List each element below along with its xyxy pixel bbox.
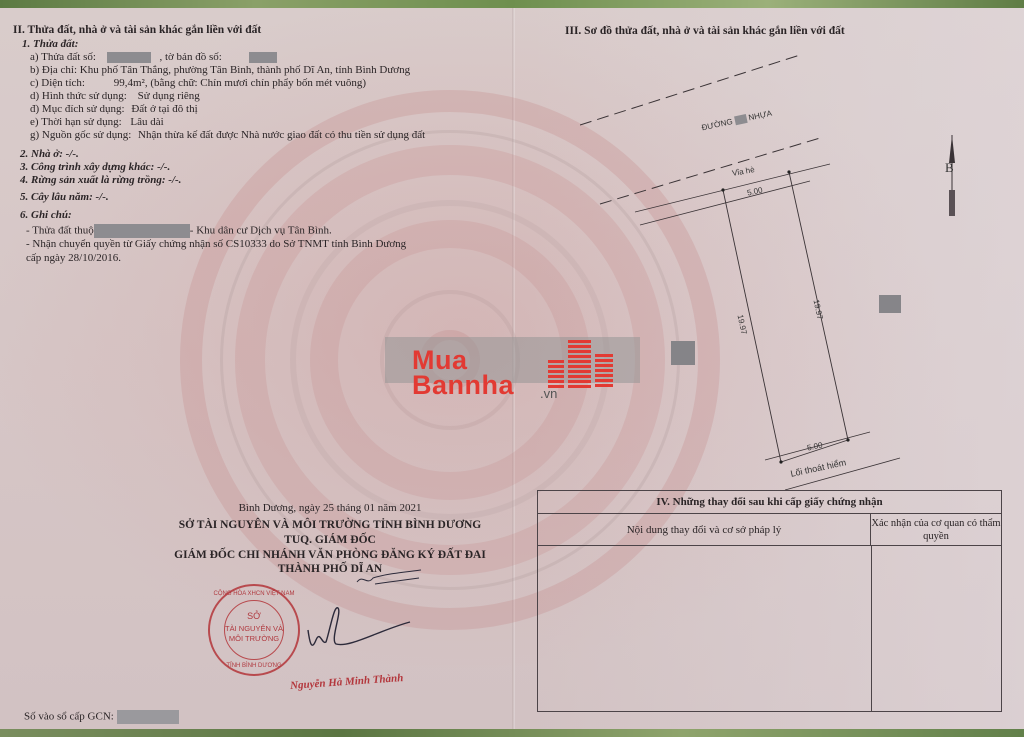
stamp-bottom-text: TỈNH BÌNH DƯƠNG [210,662,298,671]
section-2-title: II. Thửa đất, nhà ở và tài sản khác gắn … [13,24,261,36]
parcel-number-label: a) Thửa đất số: [30,51,96,63]
signing-role-3: THÀNH PHỐ DĨ AN [130,563,530,575]
perennial-item: 5. Cây lâu năm: -/-. [20,191,109,204]
section-3-title: III. Sơ đồ thửa đất, nhà ở và tài sản kh… [565,25,845,37]
usage-term-label: e) Thời hạn sử dụng: [30,116,122,128]
watermark-logo-line2: Bannha [412,372,514,398]
land-area-row: c) Diện tích: 99,4m², (bằng chữ: Chín mư… [30,77,366,90]
north-label: B [945,160,954,176]
changes-table-col-confirmation: Xác nhận của cơ quan có thẩm quyền [871,514,1001,546]
changes-table-title: IV. Những thay đổi sau khi cấp giấy chứn… [538,491,1001,514]
signing-org: SỞ TÀI NGUYÊN VÀ MÔI TRƯỜNG TỈNH BÌNH DƯ… [130,519,530,531]
registry-label: Số vào sổ cấp GCN: [24,711,114,723]
usage-form-value: Sử dụng riêng [138,90,200,102]
stamp-line-3: MÔI TRƯỜNG [210,634,298,643]
stamp-top-text: CỘNG HÒA XHCN VIỆT NAM [210,590,298,599]
redaction-square-right [879,295,901,313]
land-area-label: c) Diện tích: [30,77,85,89]
usage-form-label: d) Hình thức sử dụng: [30,90,127,102]
map-sheet-redacted [249,52,277,63]
handwritten-signature [290,600,430,660]
land-parcel-number-row: a) Thửa đất số: , tờ bản đồ số: [30,51,277,64]
note-line-1: - Thửa đất thuộ- Khu dân cư Dịch vụ Tân … [26,224,332,238]
note-line-2: - Nhận chuyển quyền từ Giấy chứng nhận s… [26,238,406,251]
note-line-1-prefix: - Thửa đất thuộ [26,225,94,237]
land-heading: 1. Thửa đất: [22,38,78,51]
changes-table: IV. Những thay đổi sau khi cấp giấy chứn… [537,490,1002,712]
land-area-value: 99,4m², (bằng chữ: Chín mươi chín phẩy b… [114,77,366,89]
land-address: b) Địa chỉ: Khu phố Tân Thắng, phường Tâ… [30,64,410,77]
notes-heading: 6. Ghi chú: [20,209,72,222]
redaction-square [671,341,695,365]
changes-table-col-content: Nội dung thay đổi và cơ sở pháp lý [538,514,871,546]
usage-purpose-label: đ) Mục đích sử dụng: [30,103,125,115]
house-item: 2. Nhà ở: -/-. [20,148,79,161]
plot-drawing [580,50,980,490]
initials-mark [355,568,425,590]
parcel-number-redacted [107,52,151,63]
usage-purpose-row: đ) Mục đích sử dụng: Đất ở tại đô thị [30,103,198,116]
registry-redacted [117,710,179,724]
usage-term-value: Lâu dài [130,116,163,128]
usage-origin-row: g) Nguồn gốc sử dụng: Nhận thừa kế đất đ… [30,129,425,142]
signing-role-2: GIÁM ĐỐC CHI NHÁNH VĂN PHÒNG ĐĂNG KÝ ĐẤT… [130,549,530,561]
buildings-icon [548,340,618,400]
land-plot-diagram: ĐƯỜNG NHỰA Vỉa hè 5.00 19.97 19.97 5.00 … [580,50,980,490]
stamp-line-2: TÀI NGUYÊN VÀ [210,624,298,633]
usage-origin-value: Nhận thừa kế đất được Nhà nước giao đất … [138,129,425,141]
usage-form-row: d) Hình thức sử dụng: Sử dụng riêng [30,90,200,103]
signature-block: Bình Dương, ngày 25 tháng 01 năm 2021 SỞ… [130,502,530,575]
official-stamp: CỘNG HÒA XHCN VIỆT NAM SỞ TÀI NGUYÊN VÀ … [208,584,300,676]
signing-role-1: TUQ. GIÁM ĐỐC [130,534,530,546]
background-grass-bottom [0,729,1024,737]
usage-purpose-value: Đất ở tại đô thị [131,103,197,115]
usage-origin-label: g) Nguồn gốc sử dụng: [30,129,131,141]
map-sheet-label: , tờ bản đồ số: [159,51,221,63]
note-line-1-suffix: - Khu dân cư Dịch vụ Tân Bình. [190,225,332,237]
signing-date: Bình Dương, ngày 25 tháng 01 năm 2021 [130,502,530,515]
other-construction-item: 3. Công trình xây dựng khác: -/-. [20,161,170,174]
registry-row: Số vào sổ cấp GCN: [24,710,179,724]
forest-item: 4. Rừng sản xuất là rừng trồng: -/-. [20,174,181,187]
note-redacted [94,224,190,238]
note-line-3: cấp ngày 28/10/2016. [26,252,121,265]
changes-table-divider [871,546,872,712]
stamp-line-1: SỞ [210,612,298,621]
usage-term-row: e) Thời hạn sử dụng: Lâu dài [30,116,164,129]
